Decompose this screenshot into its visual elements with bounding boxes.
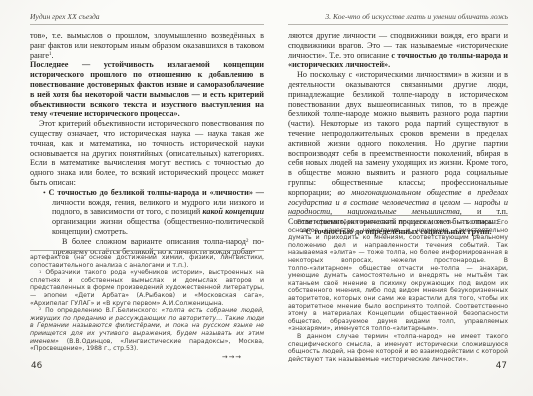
text-run: Этот критерий объективности историческог… bbox=[30, 119, 264, 187]
right-footnote-paragraphs: Если «филистёра» именовать по-русски, то… bbox=[288, 219, 508, 363]
text-run: Последнее — устойчивость излагаемой конц… bbox=[30, 60, 264, 118]
left-footnote-paragraphs: артефактов (на основе достижений химии, … bbox=[30, 254, 264, 353]
text-run: какой концепции bbox=[202, 207, 264, 216]
body-paragraph: Последнее — устойчивость излагаемой конц… bbox=[30, 60, 264, 119]
book-spread: Иудин грех ХХ съезда тов», т.е. вымыслов… bbox=[0, 0, 533, 396]
footnote-continuation-mark: →→→ bbox=[30, 354, 264, 362]
footnote-continuation: Если «филистёра» именовать по-русски, то… bbox=[288, 219, 508, 333]
text-run: По определению В.Г.Белинского: bbox=[41, 307, 161, 314]
running-header-right-text: 3. Кое-что об искусстве лгать и умении о… bbox=[325, 12, 508, 21]
body-paragraph: Этот критерий объективности историческог… bbox=[30, 119, 264, 188]
bullet-item: • С точностью до безликой толпы-народа и… bbox=[43, 188, 264, 237]
footnote-1: 1 Образчики такого рода «учебников истор… bbox=[30, 269, 264, 307]
text-run: С точностью до безликой толпы-народа и «… bbox=[49, 188, 264, 197]
body-paragraph: ляются другие личности — сподвижники вож… bbox=[288, 31, 508, 70]
body-paragraph: Но поскольку с «историческими личностями… bbox=[288, 70, 508, 227]
right-page-footnotes: Если «филистёра» именовать по-русски, то… bbox=[288, 215, 508, 363]
running-header-left-text: Иудин грех ХХ съезда bbox=[30, 12, 100, 21]
text-run: Если «филистёра» именовать по-русски, то… bbox=[288, 219, 508, 332]
text-run: Но поскольку с «историческими личностями… bbox=[288, 70, 508, 197]
footnote-continuation: артефактов (на основе достижений химии, … bbox=[30, 254, 264, 269]
left-page: Иудин грех ХХ съезда тов», т.е. вымыслов… bbox=[30, 12, 264, 388]
footnote-2: 2 По определению В.Г.Белинского: «толпа … bbox=[30, 307, 264, 353]
right-page: 3. Кое-что об искусстве лгать и умении о… bbox=[288, 12, 508, 388]
body-paragraph: тов», т.е. вымыслов о прошлом, злоумышле… bbox=[30, 31, 264, 60]
text-run: артефактов (на основе достижений химии, … bbox=[30, 254, 264, 269]
right-page-body: ляются другие личности — сподвижники вож… bbox=[288, 31, 508, 237]
text-run: В данном случае термин «толпа-народ» не … bbox=[288, 333, 508, 363]
running-header-right: 3. Кое-что об искусстве лгать и умении о… bbox=[288, 12, 508, 25]
text-run: (В.В.Одинцов, «Лингвистические парадоксы… bbox=[30, 338, 264, 353]
left-page-footnotes: артефактов (на основе достижений химии, … bbox=[30, 250, 264, 361]
text-run: Образчики такого рода «учебников истории… bbox=[30, 269, 264, 306]
left-page-body: тов», т.е. вымыслов о прошлом, злоумышле… bbox=[30, 31, 264, 256]
text-run: организации жизни общества (общественно-… bbox=[52, 217, 264, 236]
footnote-paragraph: В данном случае термин «толпа-народ» не … bbox=[288, 333, 508, 363]
text-run: тов», т.е. вымыслов о прошлом, злоумышле… bbox=[30, 31, 264, 60]
text-run: В более сложном варианте описания толпа-… bbox=[62, 237, 246, 246]
page-number-right: 47 bbox=[496, 361, 507, 371]
text-run: . bbox=[51, 51, 53, 60]
running-header-left: Иудин грех ХХ съезда bbox=[30, 12, 264, 25]
page-number-left: 46 bbox=[31, 361, 42, 371]
